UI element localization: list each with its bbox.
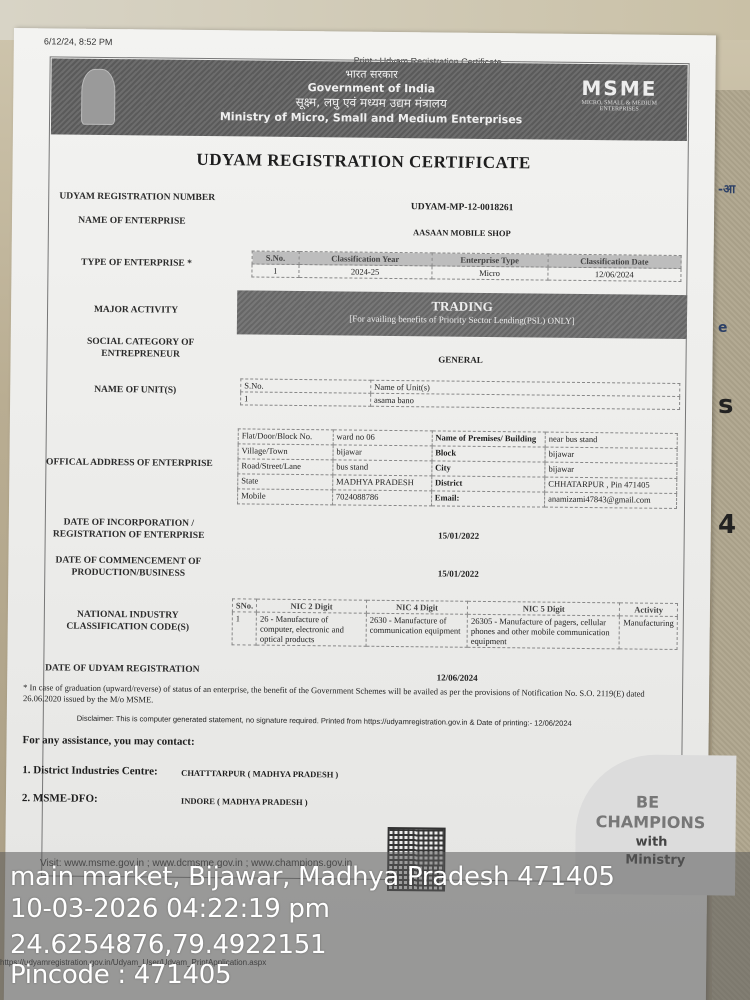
nic-cell: 26305 - Manufacture of pagers, cellular … [467, 614, 620, 649]
address-key: Village/Town [238, 444, 333, 460]
enterprise-type-label: TYPE OF ENTERPRISE * [61, 257, 211, 271]
contact-dfo-value: INDORE ( MADHYA PRADESH ) [181, 796, 308, 807]
nic-cell: Manufacturing [620, 616, 678, 650]
classification-cell: Micro [431, 266, 547, 280]
nic-cell: 26 - Manufacture of computer, electronic… [256, 612, 366, 646]
address-label: OFFICAL ADDRESS OF ENTERPRISE [39, 456, 219, 470]
champions-text: with [635, 835, 667, 850]
unit-cell: asama bano [371, 393, 680, 409]
classification-header: S.No. [252, 251, 299, 264]
address-key: Flat/Door/Block No. [238, 429, 333, 445]
classification-cell: 12/06/2024 [548, 267, 682, 281]
udyam-date: 12/06/2024 [387, 672, 527, 683]
address-key: District [431, 476, 544, 492]
address-key: Road/Street/Lane [238, 459, 333, 475]
nic-cell: 1 [232, 612, 257, 645]
nic-label: NATIONAL INDUSTRY CLASSIFICATION CODE(S) [48, 608, 208, 634]
units-table: S.No.Name of Unit(s) 1asama bano [240, 378, 680, 410]
address-key: State [238, 474, 333, 490]
incorporation-date: 15/01/2022 [389, 530, 529, 541]
poster-text-fragment: e [718, 320, 728, 336]
registration-number-label: UDYAM REGISTRATION NUMBER [52, 190, 222, 204]
assistance-heading: For any assistance, you may contact: [22, 734, 194, 748]
contact-dic-value: CHATTTARPUR ( MADHYA PRADESH ) [181, 768, 338, 780]
enterprise-name-label: NAME OF ENTERPRISE [62, 215, 202, 228]
msme-logo-subtitle: MICRO, SMALL & MEDIUM ENTERPRISES [569, 100, 669, 113]
address-value: bijawar [545, 447, 677, 463]
poster-text-fragment: s [718, 390, 733, 420]
incorporation-date-label: DATE OF INCORPORATION / REGISTRATION OF … [39, 516, 219, 542]
classification-header: Enterprise Type [432, 253, 548, 267]
classification-cell: 2024-25 [299, 264, 432, 278]
unit-header: S.No. [241, 379, 371, 393]
address-value: anamizami47843@gmail.com [545, 492, 677, 508]
nic-header: SNo. [232, 599, 256, 612]
address-value: bus stand [333, 460, 432, 476]
nic-header: Activity [620, 603, 678, 617]
geotag-address: main market, Bijawar, Madhya Pradesh 471… [10, 862, 615, 892]
nic-header: NIC 2 Digit [257, 599, 367, 613]
address-key: City [432, 461, 545, 477]
nic-row: 126 - Manufacture of computer, electroni… [232, 612, 677, 650]
address-value: CHHATARPUR , Pin 471405 [545, 477, 677, 493]
contact-dfo-label: 2. MSME-DFO: [22, 792, 98, 805]
address-value: MADHYA PRADESH [332, 475, 431, 491]
address-key: Block [432, 446, 545, 462]
government-banner: भारत सरकार Government of India सूक्ष्म, … [51, 58, 688, 141]
udyam-date-label: DATE OF UDYAM REGISTRATION [27, 662, 217, 676]
address-key: Email: [431, 491, 544, 507]
print-timestamp: 6/12/24, 8:52 PM [44, 36, 113, 47]
address-value: bijawar [333, 445, 432, 461]
champions-text: BE [636, 793, 659, 812]
poster-text-fragment: 4 [718, 510, 736, 540]
classification-cell: 1 [252, 264, 299, 277]
nic-cell: 2630 - Manufacture of communication equi… [366, 613, 468, 647]
address-key: Mobile [238, 489, 333, 505]
address-value: bijawar [545, 462, 677, 478]
nic-table: SNo.NIC 2 DigitNIC 4 DigitNIC 5 DigitAct… [232, 598, 678, 650]
commencement-date: 15/01/2022 [388, 568, 528, 579]
address-value: near bus stand [545, 432, 677, 448]
address-value: ward no 06 [333, 430, 432, 446]
unit-cell: 1 [241, 392, 371, 406]
nic-header: NIC 4 Digit [366, 600, 467, 614]
geotag-coordinates: 24.6254876,79.4922151 [10, 930, 326, 960]
champions-text: CHAMPIONS [596, 812, 706, 832]
msme-logo: MSME MICRO, SMALL & MEDIUM ENTERPRISES [569, 76, 669, 113]
poster-text-fragment: -आ [718, 180, 735, 197]
geotag-datetime: 10-03-2026 04:22:19 pm [10, 894, 330, 924]
unit-name-label: NAME OF UNIT(S) [70, 384, 200, 397]
commencement-date-label: DATE OF COMMENCEMENT OF PRODUCTION/BUSIN… [38, 554, 218, 580]
geotag-pincode: Pincode : 471405 [10, 960, 231, 990]
contact-dic-label: 1. District Industries Centre: [22, 764, 158, 777]
msme-logo-icon: MSME [569, 76, 669, 101]
national-emblem-icon [81, 69, 116, 125]
major-activity-label: MAJOR ACTIVITY [71, 304, 201, 317]
banner-ministry: Ministry of Micro, Small and Medium Ente… [211, 109, 531, 128]
address-value: 7024088786 [332, 490, 431, 506]
major-activity-band: TRADING [For availing benefits of Priori… [237, 290, 687, 339]
address-table: Flat/Door/Block No.ward no 06Name of Pre… [237, 428, 678, 509]
address-key: Name of Premises/ Building [432, 431, 545, 447]
classification-table: S.No.Classification YearEnterprise TypeC… [251, 251, 681, 283]
social-category-label: SOCIAL CATEGORY OF ENTREPRENEUR [71, 336, 211, 361]
